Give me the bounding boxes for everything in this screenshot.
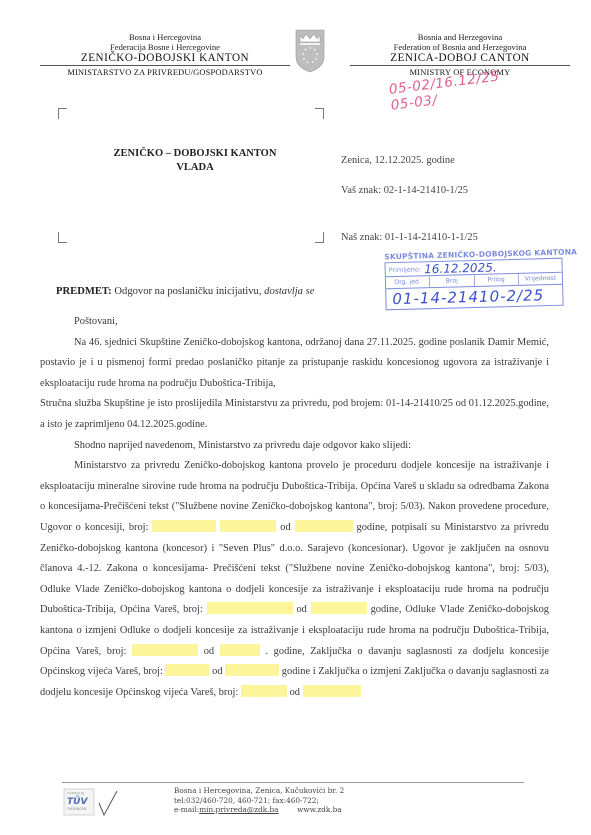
text-segment: od xyxy=(290,687,300,698)
footer-divider xyxy=(62,782,524,783)
subject-label: PREDMET: xyxy=(56,286,112,297)
letterhead-country-en: Bosnia and Herzegovina xyxy=(350,32,570,42)
redacted-field xyxy=(220,520,276,532)
redacted-field xyxy=(132,644,198,656)
recipient-line-1: ZENIČKO – DOBOJSKI KANTON xyxy=(70,147,320,161)
stamp-column-attachment: Prilog xyxy=(474,274,519,286)
stamp-column-value: Vrijednost xyxy=(519,273,563,285)
redacted-field xyxy=(225,664,279,676)
footer-contact: Bosna i Hercegovina, Zenica, Kučukovići … xyxy=(174,786,344,815)
redacted-field xyxy=(311,602,367,614)
subject-line: PREDMET: Odgovor na poslaničku inicijati… xyxy=(56,286,314,297)
address-corner-mark xyxy=(315,108,324,119)
paragraph-4: Ministarstvo za privredu Zeničko-dobojsk… xyxy=(40,456,549,703)
address-corner-mark xyxy=(58,108,67,119)
footer-phone: tel:032/460-720, 460-721; fax:460-722; xyxy=(174,796,344,806)
document-date: Zenica, 12.12.2025. godine xyxy=(341,155,455,166)
address-corner-mark xyxy=(58,232,67,243)
receipt-stamp: SKUPŠTINA ZENIČKO-DOBOJSKOG KANTONA Prim… xyxy=(384,248,564,317)
svg-text:TÜV: TÜV xyxy=(67,796,88,807)
subject-text: Odgovor na poslaničku inicijativu, xyxy=(114,286,261,297)
text-segment: od xyxy=(280,522,290,533)
redacted-field xyxy=(303,685,361,697)
text-segment: od xyxy=(296,604,306,615)
redacted-field xyxy=(295,520,353,532)
letterhead-country: Bosna i Hercegovina xyxy=(40,32,290,42)
recipient-address: ZENIČKO – DOBOJSKI KANTON VLADA xyxy=(70,147,320,175)
text-segment: od xyxy=(212,666,222,677)
letter-body: Poštovani, Na 46. sjednici Skupštine Zen… xyxy=(40,312,549,703)
footer-email-label: e-mail: xyxy=(174,805,199,814)
letterhead-divider xyxy=(40,65,290,66)
paragraph-3: Shodno naprijed navedenom, Ministarstvo … xyxy=(40,436,549,457)
footer-website-link[interactable]: www.zdk.ba xyxy=(297,805,341,814)
footer-address: Bosna i Hercegovina, Zenica, Kučukovići … xyxy=(174,786,344,796)
letterhead-divider-en xyxy=(350,65,570,66)
letterhead-federation: Federacija Bosne i Hercegovine xyxy=(40,42,290,52)
redacted-field xyxy=(207,602,293,614)
subject-italic: dostavlja se xyxy=(264,286,314,297)
letterhead-canton: ZENIČKO-DOBOJSKI KANTON xyxy=(40,52,290,64)
stamp-received-label: Primljeno: xyxy=(386,265,425,274)
letterhead-canton-en: ZENICA-DOBOJ CANTON xyxy=(350,52,570,64)
stamp-number: 01-14-21410-2/25 xyxy=(386,285,562,310)
address-corner-mark xyxy=(315,232,324,243)
text-segment: od xyxy=(204,646,214,657)
stamp-received-date: 16.12.2025. xyxy=(424,260,497,276)
letterhead-federation-en: Federation of Bosnia and Herzegovina xyxy=(350,42,570,52)
greeting: Poštovani, xyxy=(40,312,549,333)
footer-email-link[interactable]: min.privreda@zdk.ba xyxy=(199,805,278,814)
redacted-field xyxy=(165,664,209,676)
coat-of-arms-icon xyxy=(295,29,325,73)
text-segment: godine, potpisali su Ministarstvo za pri… xyxy=(40,522,549,615)
stamp-column-org: Org. jed. xyxy=(386,276,431,288)
redacted-field xyxy=(220,644,260,656)
svg-text:Certified by: Certified by xyxy=(67,791,85,795)
svg-text:THÜRINGEN: THÜRINGEN xyxy=(66,806,87,811)
redacted-field xyxy=(241,685,287,697)
paragraph-2: Stručna služba Skupštine je isto proslij… xyxy=(40,394,549,435)
our-reference: Naš znak: 01-1-14-21410-1-1/25 xyxy=(341,232,478,243)
your-reference: Vaš znak: 02-1-14-21410-1/25 xyxy=(341,185,468,196)
letterhead-ministry: MINISTARSTVO ZA PRIVREDU/GOSPODARSTVO xyxy=(40,68,290,78)
recipient-line-2: VLADA xyxy=(70,161,320,175)
tuv-certification-icon: Certified by TÜV THÜRINGEN xyxy=(63,787,119,819)
redacted-field xyxy=(152,520,216,532)
stamp-column-number: Broj xyxy=(430,275,475,287)
letterhead-left: Bosna i Hercegovina Federacija Bosne i H… xyxy=(40,32,290,78)
paragraph-1: Na 46. sjednici Skupštine Zeničko-dobojs… xyxy=(40,333,549,395)
letterhead-right: Bosnia and Herzegovina Federation of Bos… xyxy=(350,32,570,78)
